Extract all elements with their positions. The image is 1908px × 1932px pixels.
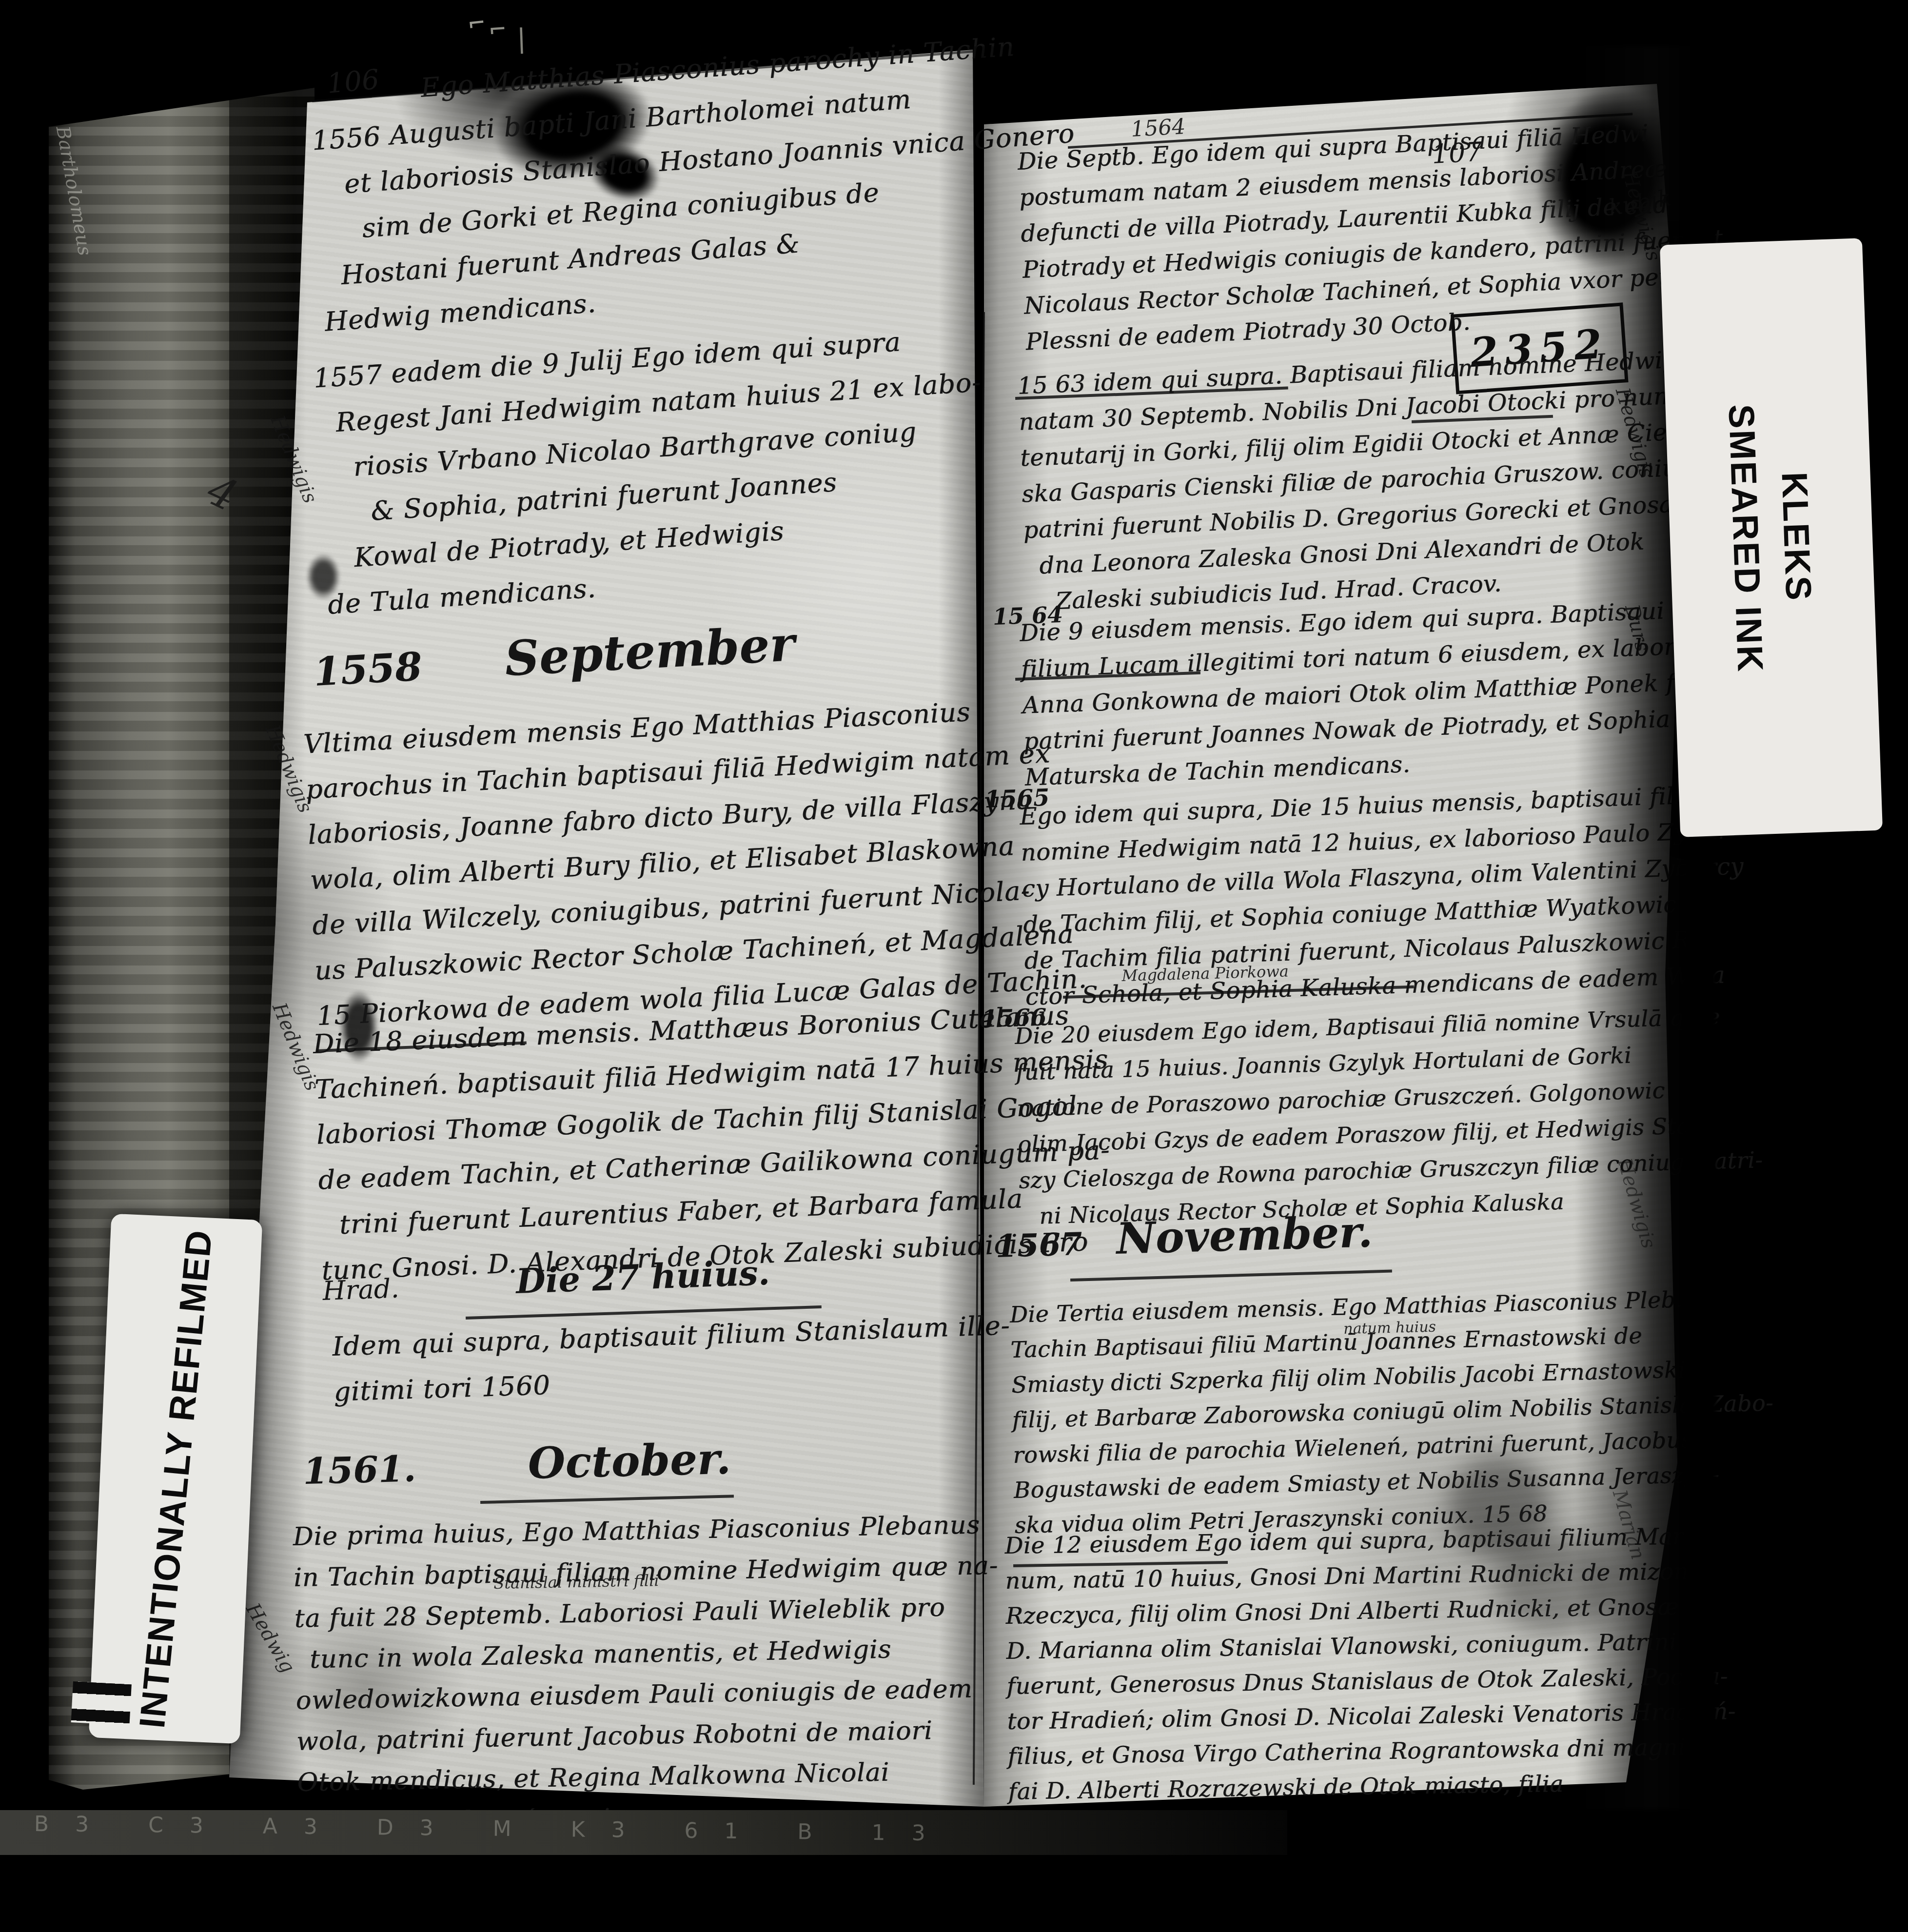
intentionally-refilmed-text: INTENTIONALLY REFILMED (131, 1227, 220, 1730)
gutter-shadow (939, 46, 1048, 1809)
label-edge-mark (71, 1681, 132, 1725)
film-frame-mark: ⌐ (489, 14, 507, 45)
microfilm-scan: 106 Ego Matthias Piasconius parochy in T… (0, 0, 1908, 1932)
heading-1567-november: 1567 November. (995, 1206, 1374, 1267)
interlinear-note: Stanislai ministri filii (493, 1571, 659, 1593)
entry-block-1561: Die prima huius, Ego Matthias Piasconius… (293, 1504, 1003, 1844)
kleks-smeared-ink-label: KLEKS SMEARED INK (1660, 238, 1883, 837)
year-heading: 1561. (302, 1448, 416, 1493)
kleks-line: KLEKS (1767, 402, 1827, 672)
interlinear-note: natum huius (1343, 1319, 1436, 1338)
month-heading: October. (528, 1433, 731, 1489)
kleks-smeared-ink-text: KLEKS SMEARED INK (1716, 402, 1826, 674)
smeared-ink-line: SMEARED INK (1716, 403, 1776, 673)
intentionally-refilmed-label: INTENTIONALLY REFILMED (89, 1214, 263, 1744)
entry-block-1557: 1557 eadem die 9 Julij Ego idem qui supr… (312, 314, 994, 628)
year-heading: 1558 (313, 643, 423, 695)
film-bottom-strip: B3 C3 A3 D3 M K3 61 B 13 (0, 1810, 1287, 1855)
entry-word: Hrad. (322, 1273, 400, 1306)
film-bottom-glyphs: B3 C3 A3 D3 M K3 61 B 13 (0, 1810, 1287, 1850)
film-frame-mark: | (513, 23, 530, 54)
heading-1561-october: 1561. October. (302, 1433, 731, 1494)
film-frame-mark: ⌐ (467, 7, 486, 39)
month-heading: November. (1116, 1206, 1374, 1264)
